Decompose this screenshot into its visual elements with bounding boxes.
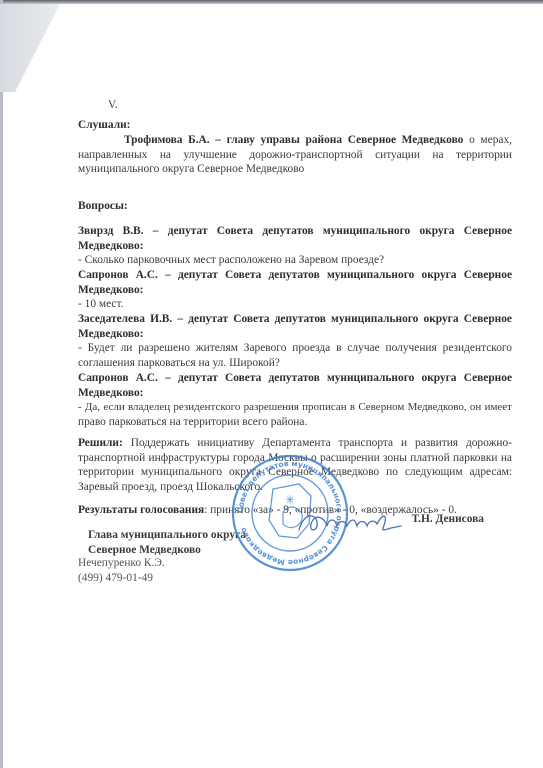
heard-line-1: Трофимова Б.А. – главу управы района Сев… <box>78 133 512 148</box>
contact-block: Нечепуренко К.Э. (499) 479-01-49 <box>78 556 165 585</box>
questions-label: Вопросы: <box>78 199 512 214</box>
question-1-text: - Сколько парковочных мест расположено н… <box>78 253 512 268</box>
heard-line-2: направленных на улучшение дорожно-трансп… <box>78 148 512 163</box>
decision-label: Решили: <box>78 437 123 449</box>
scan-left-edge <box>0 0 3 768</box>
section-number: V. <box>108 98 118 113</box>
question-2-speaker: Заседателева И.В. – депутат Совета депут… <box>78 312 512 327</box>
question-2-speaker-cont: Медведково: <box>78 327 512 342</box>
answer-1-speaker: Сапронов А.С. – депутат Совета депутатов… <box>78 268 512 283</box>
heard-speaker: Трофимова Б.А. – главу управы района Сев… <box>124 134 463 146</box>
answer-2-speaker: Сапронов А.С. – депутат Совета депутатов… <box>78 371 512 386</box>
question-2-text-1: - Будет ли разрешено жителям Заревого пр… <box>78 341 512 356</box>
answer-2-text-1: - Да, если владелец резидентского разреш… <box>78 400 512 415</box>
vote-label: Результаты голосования <box>78 504 204 516</box>
heard-label: Слушали: <box>78 118 512 133</box>
decision-line-1: Решили: Поддержать инициативу Департамен… <box>78 436 512 451</box>
scan-page-fold <box>0 4 60 92</box>
question-2-text-2: соглашения парковаться на ул. Широкой? <box>78 356 512 371</box>
answer-1-speaker-cont: Медведково: <box>78 283 512 298</box>
answer-2-text-2: право парковаться на территории всего ра… <box>78 415 512 430</box>
decision-text-1: Поддержать инициативу Департамента транс… <box>131 437 512 449</box>
question-1-speaker-cont: Медведково: <box>78 239 512 254</box>
heard-text-1: о мерах, <box>469 134 512 146</box>
handwritten-signature-icon <box>295 508 405 538</box>
answer-2-speaker-cont: Медведково: <box>78 386 512 401</box>
contact-name: Нечепуренко К.Э. <box>78 556 165 571</box>
answer-1-text: - 10 мест. <box>78 297 512 312</box>
heard-line-3: муниципального округа Северное Медведков… <box>78 162 512 177</box>
scan-top-edge <box>0 0 543 4</box>
contact-phone: (499) 479-01-49 <box>78 571 165 586</box>
question-1-speaker: Звирзд В.В. – депутат Совета депутатов м… <box>78 224 512 239</box>
svg-text:✳: ✳ <box>285 493 295 507</box>
signatory-name: Т.Н. Денисова <box>412 512 484 527</box>
